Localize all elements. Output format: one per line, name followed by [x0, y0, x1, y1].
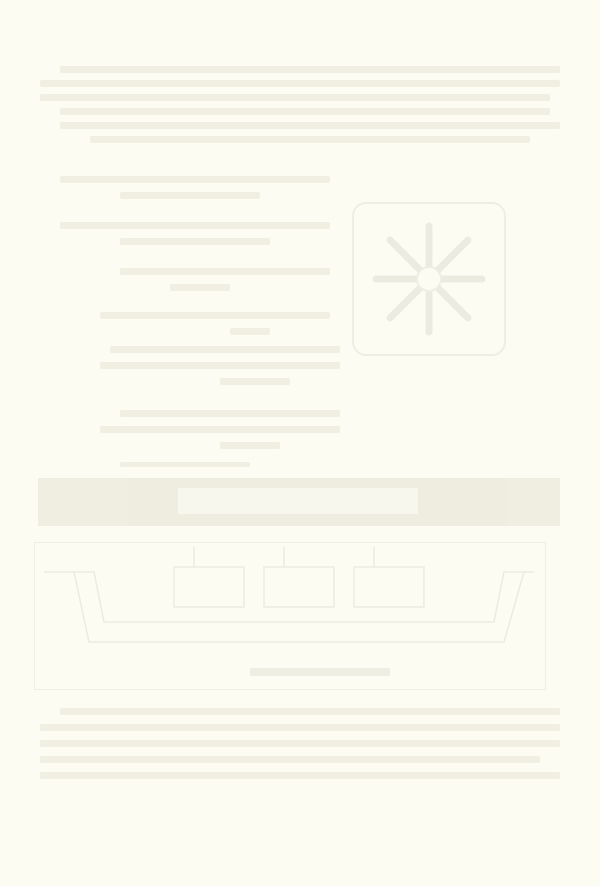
emblem-frame: [352, 202, 506, 356]
ghost-line: [120, 268, 330, 275]
ghost-line: [120, 462, 250, 467]
ghost-line: [100, 312, 330, 319]
ghost-line: [60, 708, 560, 715]
ghost-line: [220, 442, 280, 449]
ghost-line: [40, 740, 560, 747]
ghost-line: [60, 122, 560, 129]
blank-page: [0, 0, 600, 886]
ghost-line: [60, 108, 550, 115]
switch-diagram-icon: [34, 542, 544, 688]
ghost-line: [170, 284, 230, 291]
ghost-line: [40, 724, 560, 731]
ghost-line: [120, 410, 340, 417]
asterisk-star-emblem-icon: [354, 204, 504, 354]
banner-ghost: [38, 478, 560, 526]
ghost-line: [40, 94, 550, 101]
ghost-line: [60, 176, 330, 183]
ghost-line: [60, 222, 330, 229]
ghost-line: [100, 426, 340, 433]
ghost-line: [230, 328, 270, 335]
ghost-line: [120, 192, 260, 199]
ghost-line: [90, 136, 530, 143]
ghost-line: [120, 238, 270, 245]
ghost-line: [220, 378, 290, 385]
ghost-line: [40, 80, 560, 87]
ghost-line: [60, 66, 560, 73]
diagram-caption-ghost: [250, 668, 390, 676]
ghost-line: [40, 756, 540, 763]
ghost-line: [110, 346, 340, 353]
ghost-line: [100, 362, 340, 369]
banner-title-ghost: [178, 488, 418, 514]
ghost-line: [40, 772, 560, 779]
